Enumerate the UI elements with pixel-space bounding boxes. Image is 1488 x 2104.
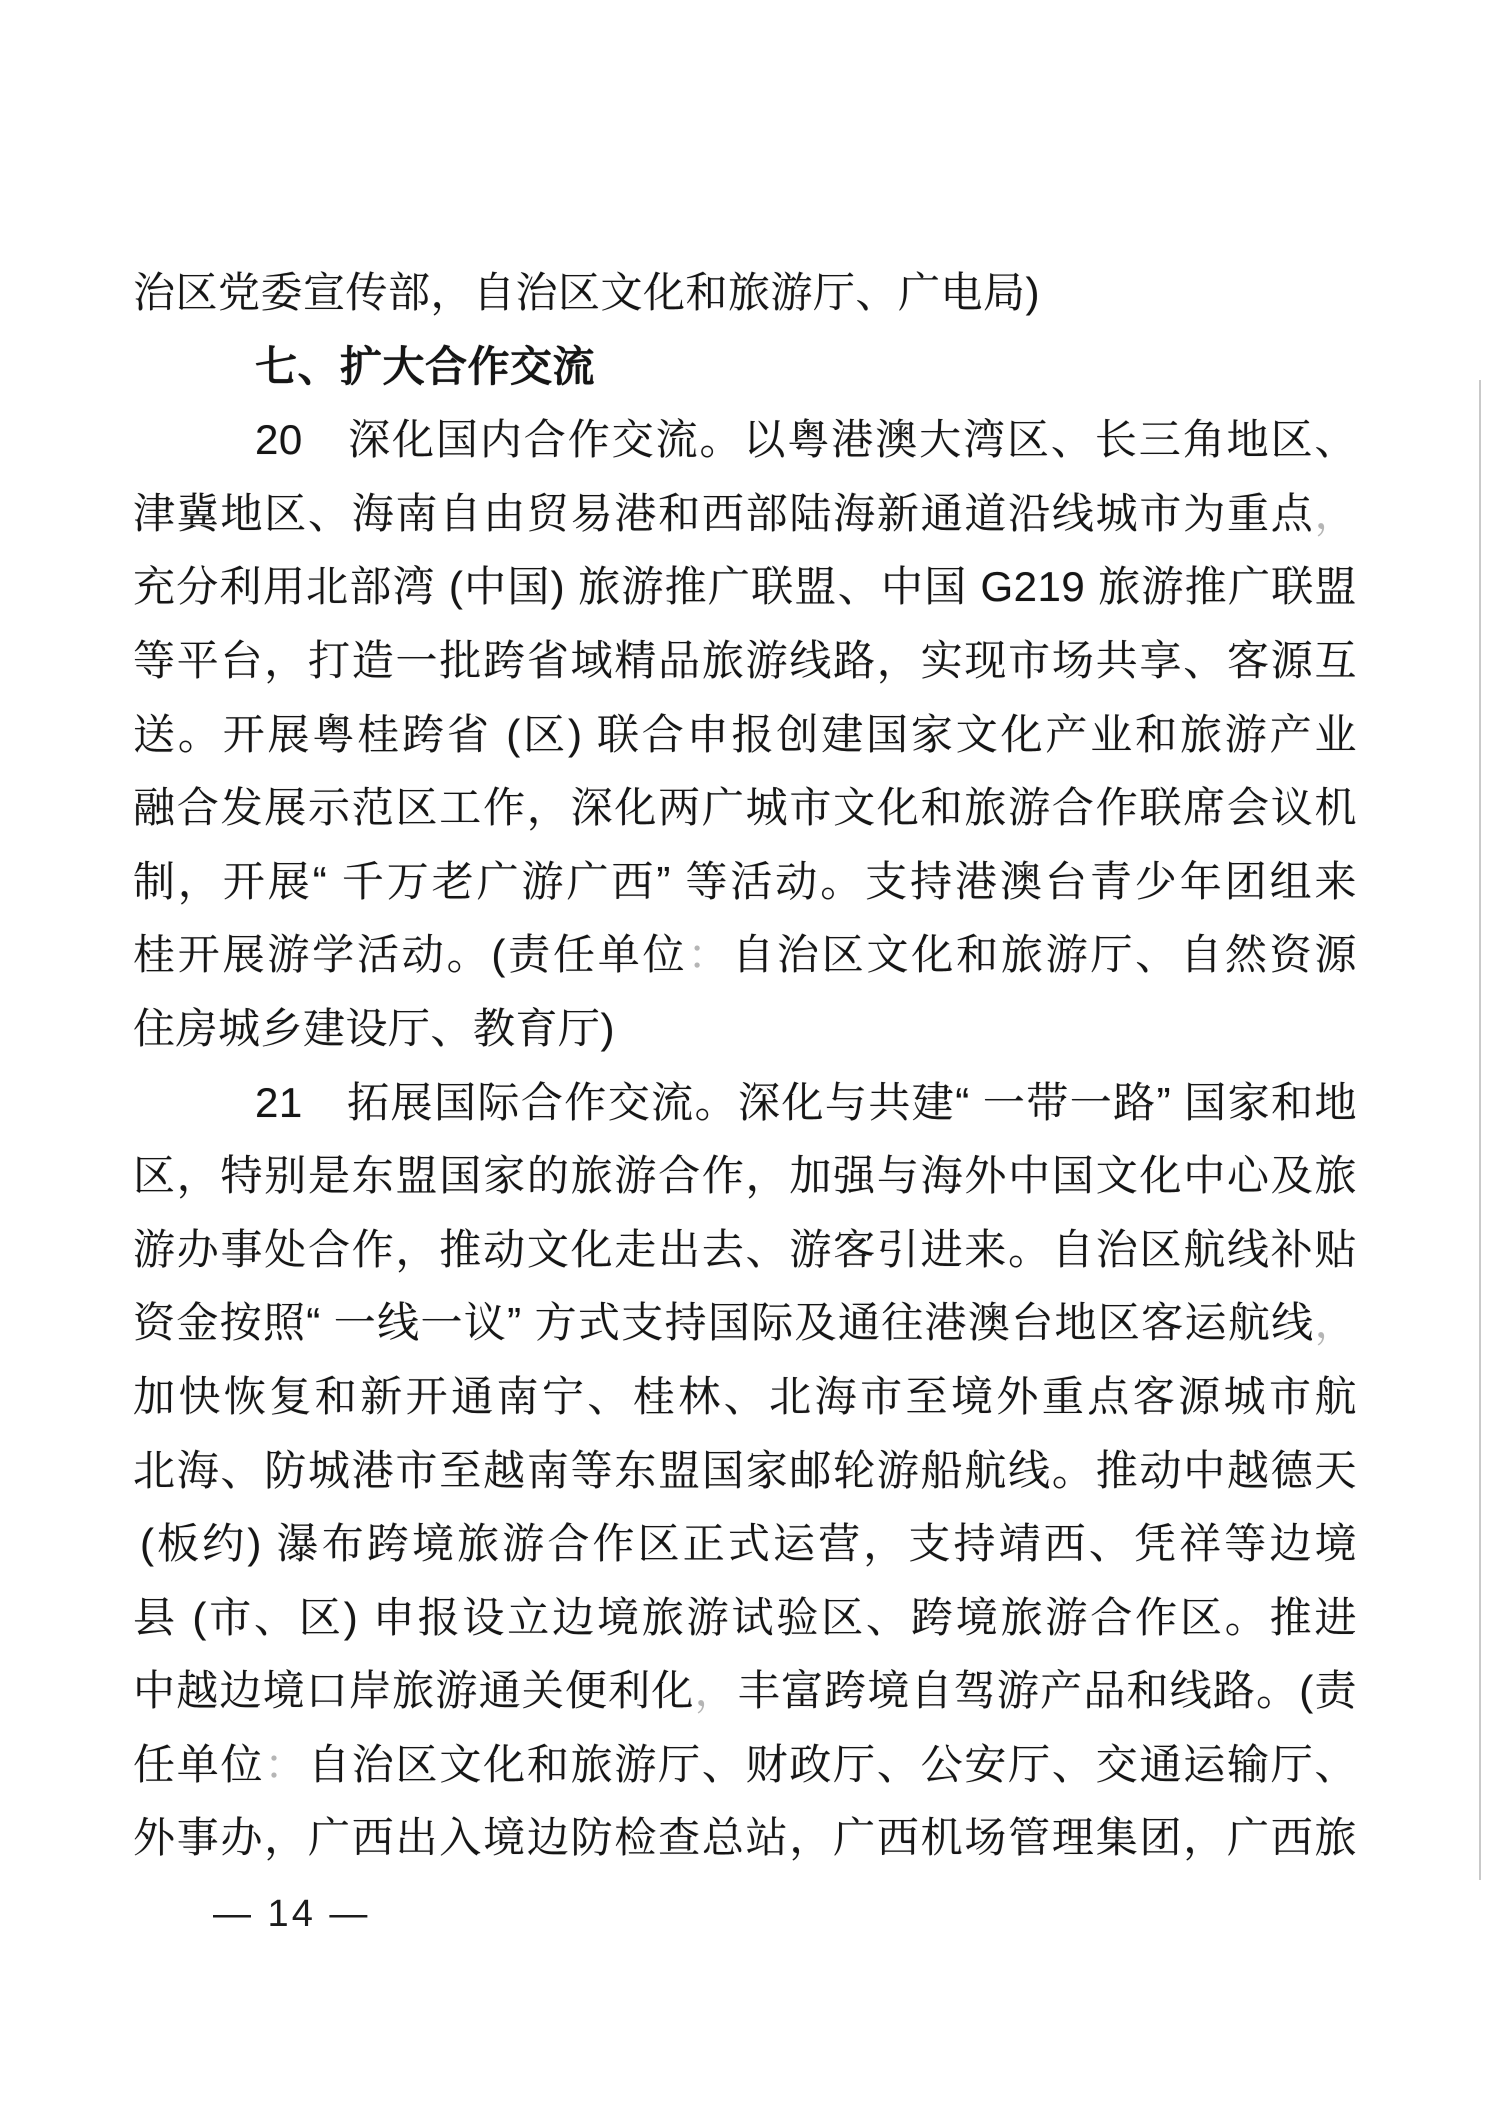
text-line: 融合发展示范区工作，深化两广城市文化和旅游合作联席会议机	[133, 771, 1357, 845]
text-segment: 任单位	[133, 1741, 264, 1788]
text-segment: 外事办，广西出入境边防检查总站，广西机场管理集团，广西旅	[133, 1814, 1357, 1861]
text-segment: (板约) 瀑布跨境旅游合作区正式运营，支持靖西、凭祥等边境	[140, 1520, 1357, 1567]
text-line: 充分利用北部湾 (中国) 旅游推广联盟、中国 G219 旅游推广联盟	[133, 550, 1357, 624]
text-segment: 治区党委宣传部，自治区文化和旅游厅、广电局)	[133, 269, 1040, 316]
text-line: 中越边境口岸旅游通关便利化，丰富跨境自驾游产品和线路。(责	[133, 1654, 1357, 1728]
text-segment: 20 深化国内合作交流。以粤港澳大湾区、长三角地区、京	[133, 416, 1357, 477]
text-segment: 自治区文化和旅游厅、财政厅、公安厅、交通运输厅、	[308, 1741, 1357, 1788]
text-line: 制，开展“ 千万老广游广西” 等活动。支持港澳台青少年团组来	[133, 845, 1357, 919]
document-page: 治区党委宣传部，自治区文化和旅游厅、广电局)七、扩大合作交流20 深化国内合作交…	[0, 0, 1488, 2104]
document-body: 治区党委宣传部，自治区文化和旅游厅、广电局)七、扩大合作交流20 深化国内合作交…	[133, 256, 1357, 1875]
text-line: 住房城乡建设厅、教育厅)	[133, 992, 1357, 1066]
text-segment: 21 拓展国际合作交流。深化与共建“ 一带一路” 国家和地	[255, 1079, 1357, 1126]
text-line: (板约) 瀑布跨境旅游合作区正式运营，支持靖西、凭祥等边境	[133, 1507, 1357, 1581]
text-line: 区，特别是东盟国家的旅游合作，加强与海外中国文化中心及旅	[133, 1139, 1357, 1213]
page-number: — 14 —	[213, 1890, 370, 1938]
text-line: 外事办，广西出入境边防检查总站，广西机场管理集团，广西旅	[133, 1801, 1357, 1875]
text-segment: 送。开展粤桂跨省 (区) 联合申报创建国家文化产业和旅游产业	[133, 711, 1357, 758]
faint-text-segment: ：	[687, 931, 732, 978]
text-line: 加快恢复和新开通南宁、桂林、北海市至境外重点客源城市航线，	[133, 1360, 1357, 1434]
faint-text-segment: ：	[264, 1741, 308, 1788]
scan-edge-artifact	[1479, 380, 1481, 1880]
text-line: 游办事处合作，推动文化走出去、游客引进来。自治区航线补贴	[133, 1213, 1357, 1287]
text-line: 21 拓展国际合作交流。深化与共建“ 一带一路” 国家和地	[133, 1066, 1357, 1140]
text-line: 津冀地区、海南自由贸易港和西部陆海新通道沿线城市为重点，	[133, 477, 1357, 551]
text-segment: 融合发展示范区工作，深化两广城市文化和旅游合作联席会议机	[133, 784, 1357, 831]
text-line: 七、扩大合作交流	[133, 330, 1357, 404]
faint-text-segment: ，	[695, 1667, 738, 1714]
text-segment: 中越边境口岸旅游通关便利化	[133, 1667, 695, 1714]
text-segment: 丰富跨境自驾游产品和线路。(责	[738, 1667, 1357, 1714]
text-line: 任单位：自治区文化和旅游厅、财政厅、公安厅、交通运输厅、	[133, 1728, 1357, 1802]
faint-text-segment: ，	[1314, 490, 1357, 537]
text-segment: 县 (市、区) 申报设立边境旅游试验区、跨境旅游合作区。推进	[133, 1594, 1357, 1641]
text-segment: 等平台，打造一批跨省域精品旅游线路，实现市场共享、客源互	[133, 637, 1357, 684]
text-line: 桂开展游学活动。(责任单位：自治区文化和旅游厅、自然资源厅、	[133, 918, 1357, 992]
text-segment: 加快恢复和新开通南宁、桂林、北海市至境外重点客源城市航线	[133, 1373, 1357, 1434]
text-segment: 住房城乡建设厅、教育厅)	[133, 1005, 615, 1052]
text-segment: 区，特别是东盟国家的旅游合作，加强与海外中国文化中心及旅	[133, 1152, 1357, 1199]
text-line: 治区党委宣传部，自治区文化和旅游厅、广电局)	[133, 256, 1357, 330]
text-line: 北海、防城港市至越南等东盟国家邮轮游船航线。推动中越德天	[133, 1434, 1357, 1508]
text-line: 等平台，打造一批跨省域精品旅游线路，实现市场共享、客源互	[133, 624, 1357, 698]
text-segment: 七、扩大合作交流	[255, 343, 595, 390]
text-line: 县 (市、区) 申报设立边境旅游试验区、跨境旅游合作区。推进	[133, 1581, 1357, 1655]
text-line: 资金按照“ 一线一议” 方式支持国际及通往港澳台地区客运航线，	[133, 1286, 1357, 1360]
text-segment: 充分利用北部湾 (中国) 旅游推广联盟、中国 G219 旅游推广联盟	[133, 563, 1357, 610]
text-segment: 桂开展游学活动。(责任单位	[133, 931, 687, 978]
text-segment: 资金按照“ 一线一议” 方式支持国际及通往港澳台地区客运航线	[133, 1299, 1314, 1346]
text-segment: 北海、防城港市至越南等东盟国家邮轮游船航线。推动中越德天	[133, 1447, 1357, 1494]
text-segment: 制，开展“ 千万老广游广西” 等活动。支持港澳台青少年团组来	[133, 858, 1357, 905]
text-segment: 游办事处合作，推动文化走出去、游客引进来。自治区航线补贴	[133, 1226, 1357, 1273]
faint-text-segment: ，	[1314, 1299, 1357, 1346]
text-line: 送。开展粤桂跨省 (区) 联合申报创建国家文化产业和旅游产业	[133, 698, 1357, 772]
text-segment: 津冀地区、海南自由贸易港和西部陆海新通道沿线城市为重点	[133, 490, 1314, 537]
text-line: 20 深化国内合作交流。以粤港澳大湾区、长三角地区、京	[133, 403, 1357, 477]
